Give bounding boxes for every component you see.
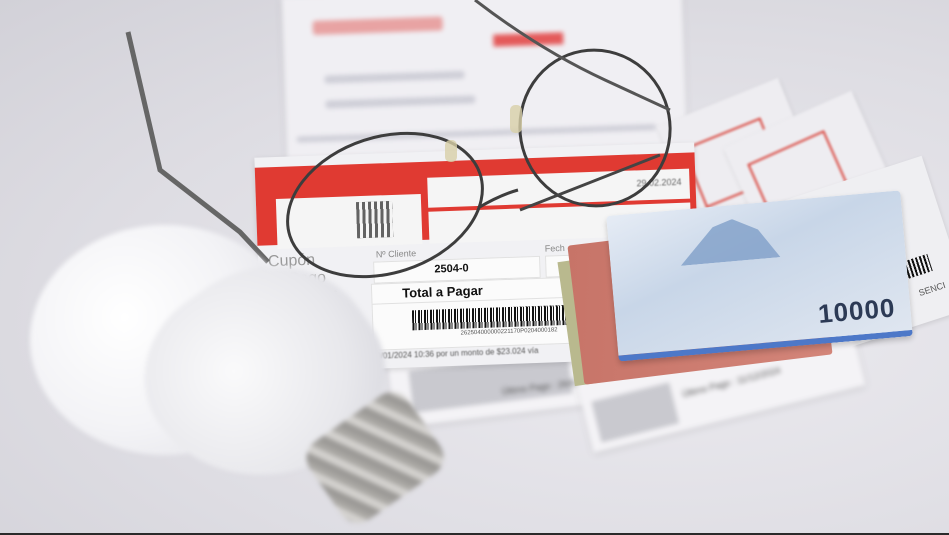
photo-scene: 2024 $ 25.786 SENCI Último Pago : 26/02/…	[0, 0, 949, 533]
light-bulb	[0, 0, 949, 533]
